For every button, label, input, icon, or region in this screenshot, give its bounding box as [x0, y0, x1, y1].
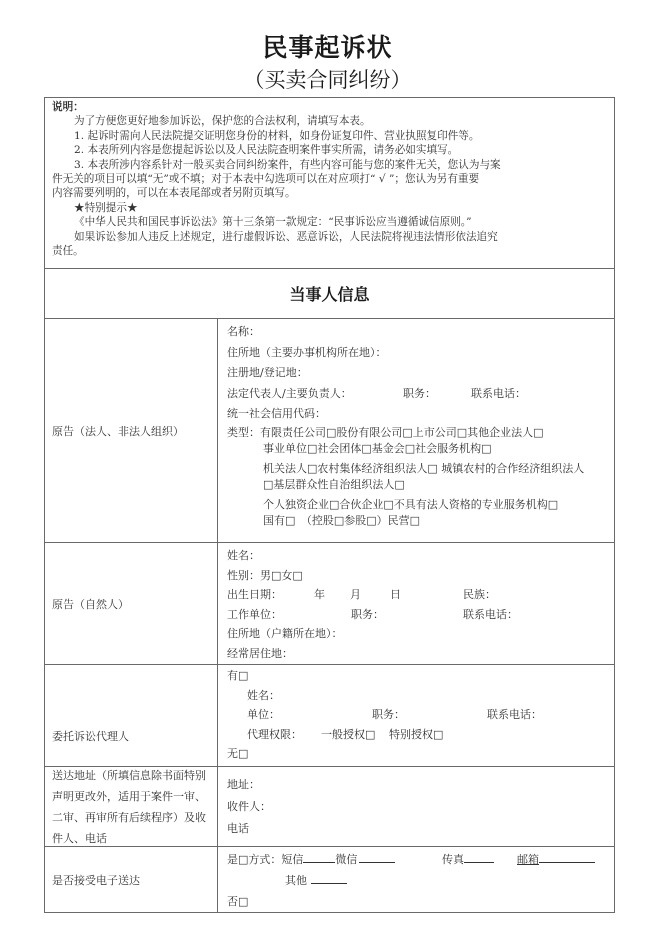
org-type-checkbox-group-5[interactable]: 个人独资企业□合伙企业□不具有法人资格的专业服务机构□	[227, 497, 615, 513]
field-org-position[interactable]: 职务：	[403, 384, 436, 405]
field-person-phone[interactable]: 联系电话：	[463, 605, 518, 625]
instructions-box: 说明： 为了方便您更好地参加诉讼，保护您的合法权利，请填写本表。 1. 起诉时需…	[44, 97, 615, 269]
field-person-position[interactable]: 职务：	[351, 605, 384, 625]
special-notice-warning-end: 责任。	[52, 244, 607, 258]
agent-yes-checkbox[interactable]: 有□	[227, 666, 615, 686]
field-person-domicile[interactable]: 住所地（户籍所在地）：	[227, 624, 615, 644]
org-type-line-1: 类型：有限责任公司□股份有限公司□上市公司□其他企业法人□	[227, 425, 615, 441]
field-org-name[interactable]: 名称：	[227, 322, 615, 343]
method-fax-input[interactable]	[464, 850, 494, 863]
field-person-birth[interactable]: 出生日期：	[227, 588, 282, 601]
org-type-checkbox-group-1[interactable]: 有限责任公司□股份有限公司□上市公司□其他企业法人□	[260, 426, 544, 439]
field-service-phone[interactable]: 电话	[227, 818, 615, 840]
org-type-checkbox-group-2[interactable]: 事业单位□社会团体□基金会□社会服务机构□	[227, 441, 615, 461]
org-type-label: 类型：	[227, 426, 260, 439]
field-org-rep[interactable]: 法定代表人/主要负责人：	[227, 387, 352, 400]
legal-plaintiff-fields: 名称： 住所地（主要办事机构所在地）： 注册地/登记地： 法定代表人/主要负责人…	[218, 319, 615, 542]
field-org-registered[interactable]: 注册地/登记地：	[227, 363, 615, 384]
agent-no-checkbox[interactable]: 无□	[227, 744, 615, 764]
natural-plaintiff-fields: 姓名： 性别：男□女□ 出生日期： 年 月 日 民族： 工作单位： 职务： 联系…	[218, 543, 615, 664]
field-person-gender[interactable]: 性别：男□女□	[227, 566, 615, 586]
field-agent-name[interactable]: 姓名：	[227, 686, 615, 706]
service-address-fields: 地址： 收件人： 电话	[218, 767, 615, 846]
org-type-checkbox-group-3[interactable]: 机关法人□农村集体经济组织法人□ 城镇农村的合作经济组织法人	[227, 461, 615, 477]
service-address-label: 送达地址（所填信息除书面特别声明更改外，适用于案件一审、二审、再审所有后续程序）…	[44, 767, 218, 846]
agent-fields: 有□ 姓名： 单位： 职务： 联系电话： 代理权限： 一般授权□ 特别授权□ 无…	[218, 665, 615, 766]
instructions-item-3-cont: 件无关的项目可以填“无”或不填；对于本表中勾选项可以在对应项打“ √ ”；您认为…	[52, 172, 607, 186]
agent-label: 委托诉讼代理人	[44, 665, 218, 766]
electronic-service-no-checkbox[interactable]: 否□	[227, 891, 615, 912]
field-agent-unit-line: 单位： 职务： 联系电话：	[227, 705, 615, 725]
legal-plaintiff-label: 原告（法人、非法人组织）	[44, 319, 218, 542]
instructions-item-2: 2. 本表所列内容是您提起诉讼以及人民法院查明案件事实所需，请务必如实填写。	[52, 143, 607, 157]
field-service-address[interactable]: 地址：	[227, 774, 615, 796]
method-email-label: 邮箱	[517, 853, 539, 866]
instructions-heading: 说明：	[52, 100, 607, 114]
row-agent: 委托诉讼代理人 有□ 姓名： 单位： 职务： 联系电话： 代理权限： 一般授权□…	[44, 665, 615, 767]
field-person-residence[interactable]: 经常居住地：	[227, 644, 615, 664]
field-agent-unit[interactable]: 单位：	[247, 708, 280, 721]
instructions-intro: 为了方便您更好地参加诉讼，保护您的合法权利，请填写本表。	[52, 114, 607, 128]
document-title: 民事起诉状	[0, 28, 655, 64]
method-other-line: 其他	[227, 870, 615, 891]
field-agent-position[interactable]: 职务：	[372, 705, 405, 725]
org-type-checkbox-group-6[interactable]: 国有□ （控股□参股□）民营□	[227, 513, 615, 529]
field-person-name[interactable]: 姓名：	[227, 546, 615, 566]
method-other-input[interactable]	[311, 871, 347, 884]
instructions-item-3: 3. 本表所涉内容系针对一般买卖合同纠纷案件，有些内容可能与您的案件无关，您认为…	[52, 158, 607, 172]
instructions-item-1: 1. 起诉时需向人民法院提交证明您身份的材料，如身份证复印件、营业执照复印件等。	[52, 129, 607, 143]
field-person-employer-line: 工作单位： 职务： 联系电话：	[227, 605, 615, 625]
birth-month: 月	[350, 585, 361, 605]
electronic-service-yes-checkbox[interactable]: 是□方式：	[227, 853, 281, 866]
electronic-service-fields: 是□方式：短信微信 传真 邮箱 其他 否□	[218, 847, 615, 913]
electronic-service-yes-line: 是□方式：短信微信 传真 邮箱	[227, 849, 615, 870]
field-org-phone[interactable]: 联系电话：	[471, 384, 526, 405]
org-type-checkbox-group-4[interactable]: □基层群众性自治组织法人□	[227, 477, 615, 497]
document-subtitle: （买卖合同纠纷）	[0, 64, 655, 94]
field-org-domicile[interactable]: 住所地（主要办事机构所在地）：	[227, 343, 615, 364]
method-wechat-input[interactable]	[359, 850, 395, 863]
field-person-ethnicity[interactable]: 民族：	[463, 585, 496, 605]
agent-authority-label: 代理权限：	[247, 728, 302, 741]
method-fax-group: 传真	[442, 849, 494, 870]
electronic-service-label: 是否接受电子送达	[44, 847, 218, 913]
agent-general-authority-checkbox[interactable]: 一般授权□	[321, 725, 375, 745]
method-sms-input[interactable]	[303, 850, 335, 863]
method-email-group: 邮箱	[517, 849, 595, 870]
method-other-label: 其他	[285, 874, 307, 887]
special-notice-law: 《中华人民共和国民事诉讼法》第十三条第一款规定：“民事诉讼应当遵循诚信原则。”	[52, 215, 607, 229]
agent-authority-line: 代理权限： 一般授权□ 特别授权□	[227, 725, 615, 745]
birth-year: 年	[314, 585, 325, 605]
field-org-rep-line: 法定代表人/主要负责人： 职务： 联系电话：	[227, 384, 615, 405]
field-org-credit-code[interactable]: 统一社会信用代码：	[227, 404, 615, 425]
natural-plaintiff-label: 原告（自然人）	[44, 543, 218, 664]
method-wechat-label: 微信	[335, 853, 357, 866]
row-legal-plaintiff: 原告（法人、非法人组织） 名称： 住所地（主要办事机构所在地）： 注册地/登记地…	[44, 319, 615, 543]
field-service-recipient[interactable]: 收件人：	[227, 796, 615, 818]
method-fax-label: 传真	[442, 853, 464, 866]
row-natural-plaintiff: 原告（自然人） 姓名： 性别：男□女□ 出生日期： 年 月 日 民族： 工作单位…	[44, 543, 615, 665]
method-email-input[interactable]	[539, 850, 595, 863]
field-agent-phone[interactable]: 联系电话：	[487, 705, 542, 725]
special-notice-warning: 如果诉讼参加人违反上述规定，进行虚假诉讼、恶意诉讼，人民法院将视违法情形依法追究	[52, 230, 607, 244]
special-notice-heading: ★特别提示★	[52, 201, 607, 215]
field-person-employer[interactable]: 工作单位：	[227, 608, 282, 621]
row-electronic-service: 是否接受电子送达 是□方式：短信微信 传真 邮箱 其他 否□	[44, 847, 615, 913]
field-person-birth-line: 出生日期： 年 月 日 民族：	[227, 585, 615, 605]
row-service-address: 送达地址（所填信息除书面特别声明更改外，适用于案件一审、二审、再审所有后续程序）…	[44, 767, 615, 847]
method-sms-label: 短信	[281, 853, 303, 866]
agent-special-authority-checkbox[interactable]: 特别授权□	[389, 725, 443, 745]
instructions-item-3-end: 内容需要列明的，可以在本表尾部或者另附页填写。	[52, 186, 607, 200]
birth-day: 日	[390, 585, 401, 605]
section-title-party-info: 当事人信息	[44, 269, 615, 319]
